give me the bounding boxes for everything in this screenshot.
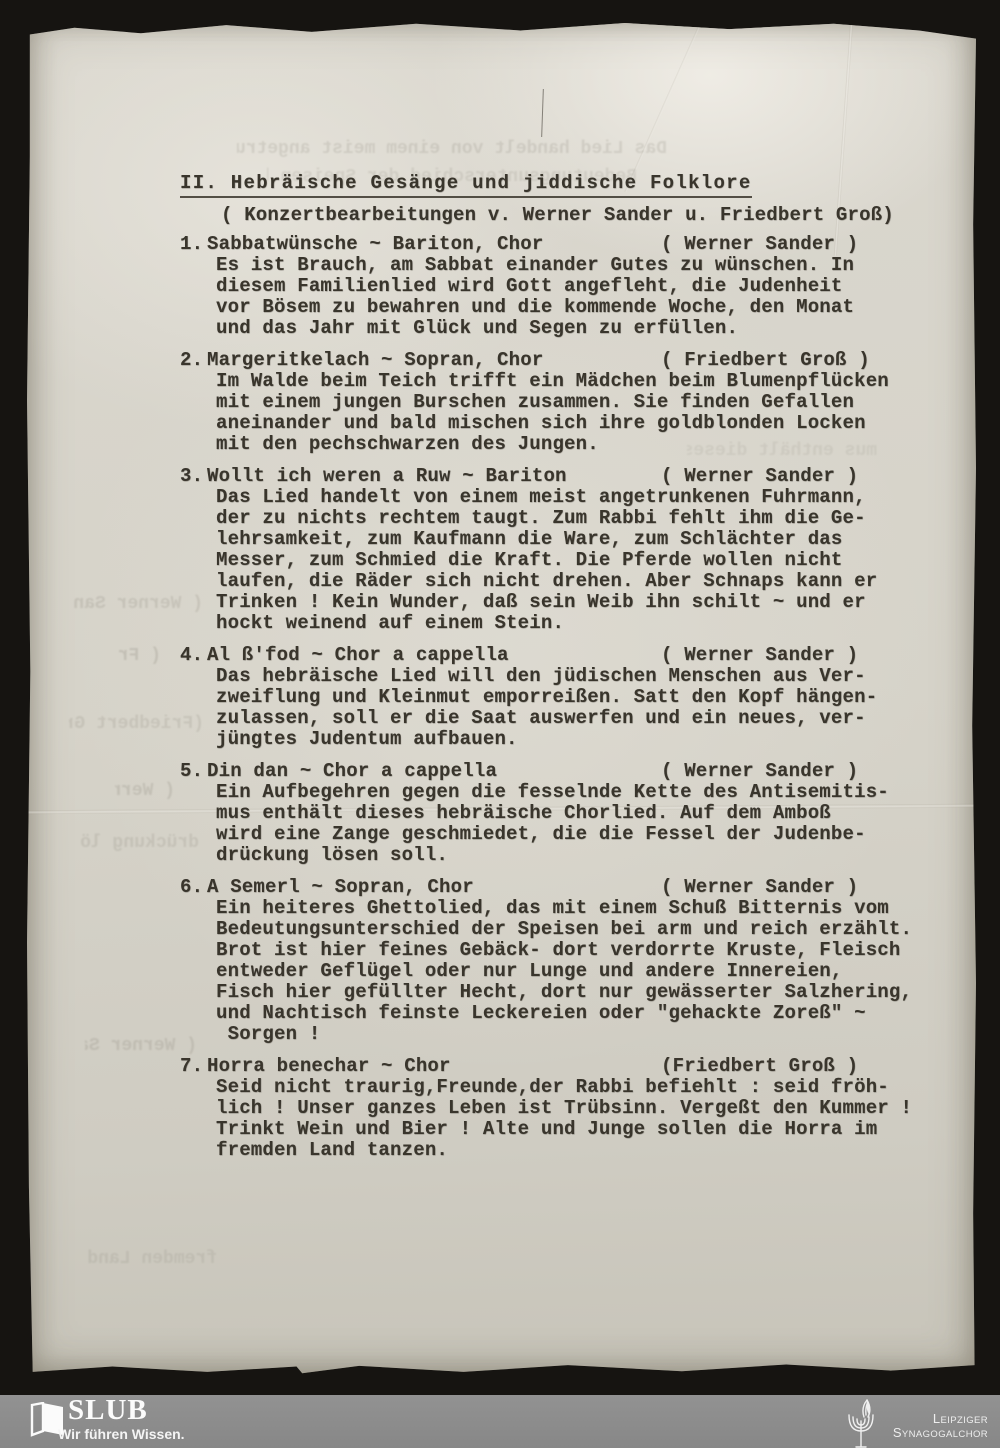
song-description-line: vor Bösem zu bewahren und die kommende W… [216, 297, 945, 318]
song-description-line: lich ! Unser ganzes Leben ist Trübsinn. … [216, 1098, 945, 1119]
song-number: 2. [180, 350, 207, 371]
song-description-line: lehrsamkeit, zum Kaufmann die Ware, zum … [216, 529, 945, 550]
page-title: II. Hebräische Gesänge und jiddische Fol… [180, 173, 752, 198]
song-description-line: mit einem jungen Burschen zusammen. Sie … [216, 392, 945, 413]
synagogalchor-logo[interactable]: Leipziger Synagogalchor [840, 1397, 990, 1447]
song-description-line: diesem Familienlied wird Gott angefleht,… [216, 276, 945, 297]
song-description-line: und Nachtisch feinste Leckereien oder "g… [216, 1003, 945, 1024]
song-description-line: zweiflung und Kleinmut emporreißen. Satt… [216, 687, 945, 708]
song-description-line: Ein Aufbegehren gegen die fesselnde Kett… [216, 782, 945, 803]
song-title: Wollt ich weren a Ruw ~ Bariton [207, 465, 567, 487]
song-heading: 4.Al ß'fod ~ Chor a cappella( Werner San… [180, 645, 945, 666]
scan-viewport: { "document": { "title": "II. Hebräische… [0, 0, 1000, 1448]
song-description-line: Seid nicht traurig,Freunde,der Rabbi bef… [216, 1077, 945, 1098]
song-entry: 2.Margeritkelach ~ Sopran, Chor( Friedbe… [180, 350, 945, 455]
choir-name-line2: Synagogalchor [893, 1427, 988, 1441]
song-list: 1.Sabbatwünsche ~ Bariton, Chor( Werner … [180, 234, 945, 1161]
song-description-line: entweder Geflügel oder nur Lunge und and… [216, 961, 945, 982]
synagogalchor-wordmark: Leipziger Synagogalchor [893, 1413, 988, 1441]
song-description-line: Sorgen ! [216, 1024, 945, 1045]
song-heading: 7.Horra benechar ~ Chor(Friedbert Groß ) [180, 1056, 945, 1077]
song-description-line: Es ist Brauch, am Sabbat einander Gutes … [216, 255, 945, 276]
song-description: Das Lied handelt von einem meist angetru… [216, 487, 945, 634]
bleed-through-text: ( Friedbert Groß ) [119, 646, 161, 667]
song-arranger-credit: ( Werner Sander ) [661, 234, 858, 255]
song-description-line: Bedeutungsunterschied der Speisen bei ar… [216, 919, 945, 940]
song-entry: 6.A Semerl ~ Sopran, Chor( Werner Sander… [180, 877, 945, 1045]
viewer-footer-bar: SLUB Wir führen Wissen. Leipziger Synago… [0, 1395, 1000, 1448]
paper-scratch [541, 89, 544, 137]
song-entry: 4.Al ß'fod ~ Chor a cappella( Werner San… [180, 645, 945, 750]
song-description-line: Trinken ! Kein Wunder, daß sein Weib ihn… [216, 592, 945, 613]
song-description-line: der zu nichts rechtem taugt. Zum Rabbi f… [216, 508, 945, 529]
scanned-document-page: Das Lied handelt von einem meist angetru… [27, 21, 976, 1376]
song-heading: 3.Wollt ich weren a Ruw ~ Bariton( Werne… [180, 466, 945, 487]
song-description-line: laufen, die Räder sich nicht drehen. Abe… [216, 571, 945, 592]
song-arranger-credit: ( Werner Sander ) [661, 761, 858, 782]
song-arranger-credit: ( Werner Sander ) [661, 877, 858, 898]
song-description-line: fremden Land tanzen. [216, 1140, 945, 1161]
song-number: 1. [180, 234, 207, 255]
slub-tagline: Wir führen Wissen. [58, 1426, 185, 1442]
song-arranger-credit: ( Werner Sander ) [661, 645, 858, 666]
song-title: Din dan ~ Chor a cappella [207, 760, 497, 782]
song-description-line: Das Lied handelt von einem meist angetru… [216, 487, 945, 508]
song-description-line: Ein heiteres Ghettolied, das mit einem S… [216, 898, 945, 919]
bleed-through-text: fremden Land tanzen. [77, 1249, 217, 1270]
song-number: 5. [180, 761, 207, 782]
song-description: Das hebräische Lied will den jüdischen M… [216, 666, 945, 750]
song-arranger-credit: ( Friedbert Groß ) [661, 350, 870, 371]
song-title: Horra benechar ~ Chor [207, 1055, 451, 1077]
song-heading: 5.Din dan ~ Chor a cappella( Werner Sand… [180, 761, 945, 782]
song-description-line: Messer, zum Schmied die Kraft. Die Pferd… [216, 550, 945, 571]
bleed-through-text: Das Lied handelt von einem meist angetru… [237, 139, 667, 160]
song-heading: 2.Margeritkelach ~ Sopran, Chor( Friedbe… [180, 350, 945, 371]
song-number: 6. [180, 877, 207, 898]
song-title: Sabbatwünsche ~ Bariton, Chor [207, 233, 543, 255]
song-number: 3. [180, 466, 207, 487]
paper-crease [624, 0, 711, 192]
song-description-line: Das hebräische Lied will den jüdischen M… [216, 666, 945, 687]
bleed-through-text: ( Werner Sander ) [115, 781, 175, 802]
song-arranger-credit: ( Werner Sander ) [661, 466, 858, 487]
slub-logo[interactable]: SLUB Wir führen Wissen. [28, 1400, 278, 1445]
song-description-line: drückung lösen soll. [216, 845, 945, 866]
song-description-line: Trinkt Wein und Bier ! Alte und Junge so… [216, 1119, 945, 1140]
song-description-line: aneinander und bald mischen sich ihre go… [216, 413, 945, 434]
song-number: 4. [180, 645, 207, 666]
song-description-line: mus enthält dieses hebräische Chorlied. … [216, 803, 945, 824]
song-number: 7. [180, 1056, 207, 1077]
song-description-line: Brot ist hier feines Gebäck- dort verdor… [216, 940, 945, 961]
song-description-line: Im Walde beim Teich trifft ein Mädchen b… [216, 371, 945, 392]
song-description-line: hockt weinend auf einem Stein. [216, 613, 945, 634]
song-description-line: wird eine Zange geschmiedet, die die Fes… [216, 824, 945, 845]
song-description: Es ist Brauch, am Sabbat einander Gutes … [216, 255, 945, 339]
song-description-line: zulassen, soll er die Saat auswerfen und… [216, 708, 945, 729]
song-entry: 5.Din dan ~ Chor a cappella( Werner Sand… [180, 761, 945, 866]
song-title: Al ß'fod ~ Chor a cappella [207, 644, 509, 666]
document-content: II. Hebräische Gesänge und jiddische Fol… [180, 173, 945, 1172]
song-arranger-credit: (Friedbert Groß ) [661, 1056, 858, 1077]
song-description: Im Walde beim Teich trifft ein Mädchen b… [216, 371, 945, 455]
song-title: A Semerl ~ Sopran, Chor [207, 876, 474, 898]
song-heading: 1.Sabbatwünsche ~ Bariton, Chor( Werner … [180, 234, 945, 255]
menorah-icon [842, 1399, 884, 1448]
song-description-line: jüngtes Judentum aufbauen. [216, 729, 945, 750]
slub-wordmark: SLUB [68, 1394, 148, 1427]
choir-name-line1: Leipziger [893, 1413, 988, 1427]
song-description-line: und das Jahr mit Glück und Segen zu erfü… [216, 318, 945, 339]
song-description-line: mit den pechschwarzen des Jungen. [216, 434, 945, 455]
song-title: Margeritkelach ~ Sopran, Chor [207, 349, 543, 371]
song-entry: 3.Wollt ich weren a Ruw ~ Bariton( Werne… [180, 466, 945, 634]
song-heading: 6.A Semerl ~ Sopran, Chor( Werner Sander… [180, 877, 945, 898]
song-description-line: Fisch hier gefüllter Hecht, dort nur gew… [216, 982, 945, 1003]
song-entry: 7.Horra benechar ~ Chor(Friedbert Groß )… [180, 1056, 945, 1161]
song-description: Ein Aufbegehren gegen die fesselnde Kett… [216, 782, 945, 866]
page-subtitle: ( Konzertbearbeitungen v. Werner Sander … [221, 205, 945, 226]
song-description: Ein heiteres Ghettolied, das mit einem S… [216, 898, 945, 1045]
song-entry: 1.Sabbatwünsche ~ Bariton, Chor( Werner … [180, 234, 945, 339]
song-description: Seid nicht traurig,Freunde,der Rabbi bef… [216, 1077, 945, 1161]
